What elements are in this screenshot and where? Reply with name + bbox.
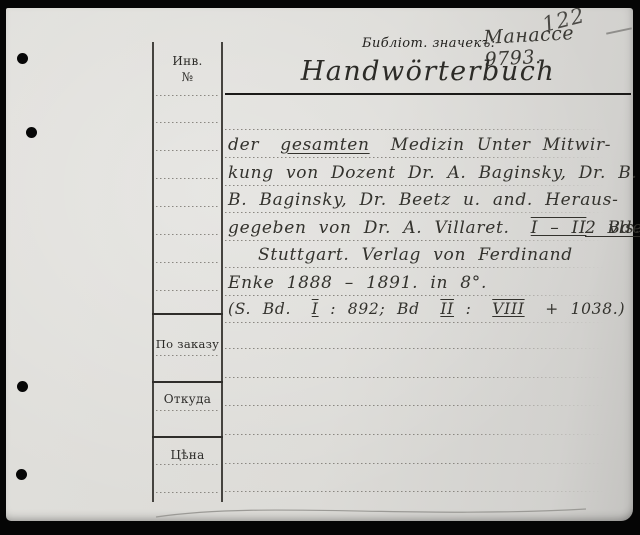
entry-text: + 1038.) xyxy=(545,300,625,318)
punch-hole xyxy=(16,469,27,480)
column-right-border xyxy=(221,42,223,502)
entry-line-7: (S. Bd. I : 892; Bd II : VIII + 1038.) xyxy=(228,300,625,318)
inventory-label: Инв. xyxy=(152,54,223,68)
price-label: Цѣна xyxy=(152,448,223,462)
order-label: По заказу xyxy=(152,337,223,351)
rule-line xyxy=(225,185,613,186)
rule-line xyxy=(225,491,613,492)
rule-line xyxy=(225,434,613,435)
punch-hole xyxy=(17,53,28,64)
origin-label: Откуда xyxy=(152,392,223,406)
entry-line-5: Stuttgart. Verlag von Ferdinand xyxy=(258,245,573,265)
page-curl-line xyxy=(146,495,626,523)
rule-line xyxy=(225,267,613,268)
entry-text: Medizin Unter Mitwir- xyxy=(391,135,611,155)
section-divider xyxy=(152,436,223,438)
volume-numerals: I xyxy=(312,300,319,318)
entry-text: der xyxy=(228,135,259,155)
punch-hole xyxy=(17,381,28,392)
volume-numerals: I – II xyxy=(531,218,587,238)
entry-text: kung von Dozent Dr. A. Baginsky, Dr. B. xyxy=(228,163,638,183)
column-left-border xyxy=(152,42,154,502)
entry-line-2: kung von Dozent Dr. A. Baginsky, Dr. B. xyxy=(228,163,638,183)
entry-text: (S. Bd. xyxy=(228,300,291,318)
rule-line xyxy=(225,322,613,323)
rule-line xyxy=(156,290,219,291)
rule-line xyxy=(156,410,219,411)
volume-count: 2 vls. xyxy=(585,218,640,238)
rule-line xyxy=(156,234,219,235)
entry-line-4: gegeben von Dr. A. Villaret. I – II Bde xyxy=(228,218,640,238)
rule-line xyxy=(225,405,613,406)
rule-line xyxy=(156,262,219,263)
rule-line xyxy=(156,150,219,151)
rule-line xyxy=(156,206,219,207)
entry-text: gegeben von Dr. A. Villaret. xyxy=(228,218,510,238)
rule-line xyxy=(156,464,219,465)
rule-line xyxy=(225,129,613,130)
rule-line xyxy=(225,377,613,378)
library-mark-label: Библіот. значекъ: xyxy=(362,36,496,51)
entry-line-6: Enke 1888 – 1891. in 8°. xyxy=(228,273,487,293)
rule-line xyxy=(156,492,219,493)
rule-line xyxy=(156,355,219,356)
entry-text: : 892; Bd xyxy=(330,300,420,318)
rule-line xyxy=(225,157,613,158)
rule-line xyxy=(225,463,613,464)
rule-line xyxy=(225,240,613,241)
rule-line xyxy=(156,178,219,179)
entry-text-underlined: gesamten xyxy=(280,135,369,155)
volume-numerals: II xyxy=(440,300,454,318)
entry-text: : xyxy=(466,300,472,318)
page-numerals: VIII xyxy=(492,300,524,318)
punch-hole xyxy=(26,127,37,138)
rule-line xyxy=(225,212,613,213)
title-underline xyxy=(225,93,631,95)
section-divider xyxy=(152,381,223,383)
rule-line xyxy=(225,348,613,349)
entry-text: B. Baginsky, Dr. Beetz u. and. Heraus- xyxy=(228,190,619,210)
inventory-number-label: № xyxy=(152,70,223,84)
entry-text-underlined: 2 vls. xyxy=(585,218,640,238)
entry-text: Stuttgart. Verlag von Ferdinand xyxy=(258,245,573,265)
card-title: Handwörterbuch xyxy=(225,56,631,87)
entry-line-1: der gesamten Medizin Unter Mitwir- xyxy=(228,135,611,155)
section-divider xyxy=(152,313,223,315)
rule-line xyxy=(225,295,613,296)
rule-line xyxy=(156,122,219,123)
entry-line-3: B. Baginsky, Dr. Beetz u. and. Heraus- xyxy=(228,190,619,210)
scanned-catalog-card: 122 Библіот. значекъ: Манассе 9793. Инв.… xyxy=(0,0,640,535)
entry-text: Enke 1888 – 1891. in 8°. xyxy=(228,273,487,293)
catalog-card: 122 Библіот. значекъ: Манассе 9793. Инв.… xyxy=(6,8,633,521)
rule-line xyxy=(156,95,219,96)
